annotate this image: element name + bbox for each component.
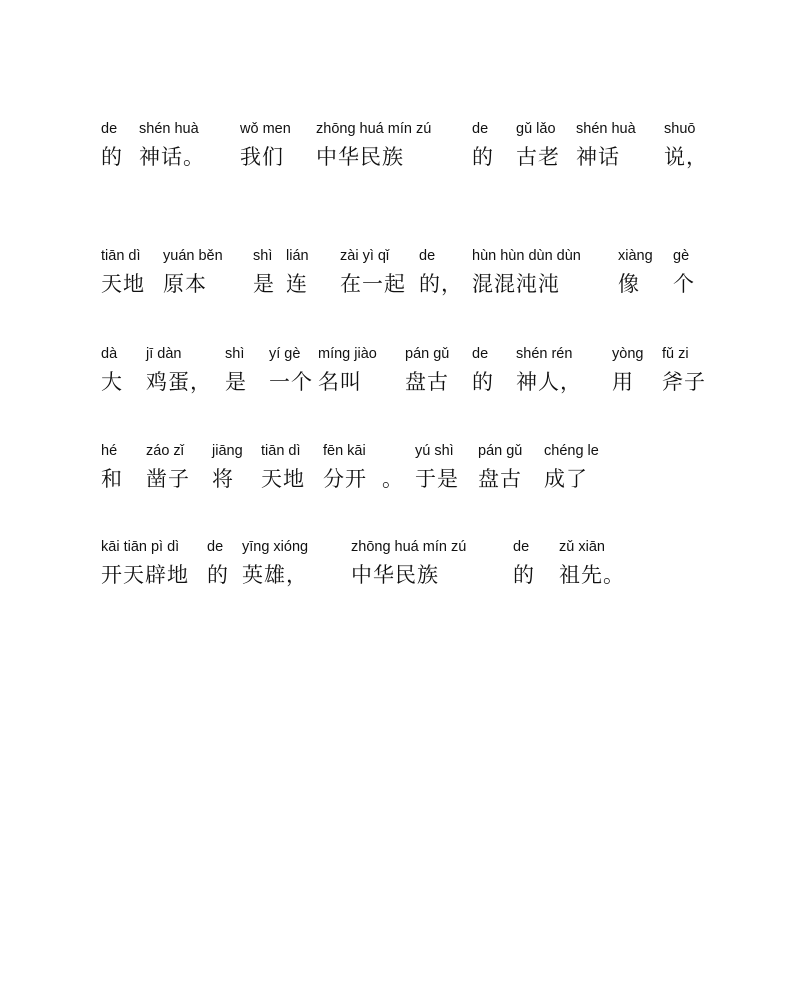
word: de 的， (419, 247, 463, 297)
pinyin: zǔ xiān (559, 538, 625, 556)
word: kāi tiān pì dì 开天辟地 (101, 538, 189, 588)
hanzi: 是 (225, 369, 247, 395)
pinyin: lián (286, 247, 309, 265)
word: záo zǐ 凿子 (146, 442, 190, 492)
hanzi: 中华民族 (316, 144, 431, 170)
word: zài yì qǐ 在一起 (340, 247, 406, 297)
pinyin: pán gǔ (478, 442, 522, 460)
word: shén rén 神人， (516, 345, 582, 395)
hanzi: 名叫 (318, 369, 377, 395)
word: jiāng 将 (212, 442, 243, 492)
pinyin: yú shì (415, 442, 459, 460)
word: zhōng huá mín zú 中华民族 (316, 120, 431, 170)
word: tiān dì 天地 (101, 247, 145, 297)
hanzi: 鸡蛋， (146, 369, 212, 395)
hanzi: 凿子 (146, 466, 190, 492)
word: wǒ men 我们 (240, 120, 291, 170)
pinyin: tiān dì (101, 247, 145, 265)
word: fēn kāi 分开 (323, 442, 367, 492)
hanzi: 的 (101, 144, 123, 170)
word: dà 大 (101, 345, 123, 395)
pinyin: fēn kāi (323, 442, 367, 460)
hanzi: 的 (472, 369, 494, 395)
hanzi: 说， (664, 144, 708, 170)
word: tiān dì 天地 (261, 442, 305, 492)
pinyin: shén rén (516, 345, 582, 363)
pinyin: kāi tiān pì dì (101, 538, 189, 556)
word: xiàng 像 (618, 247, 653, 297)
hanzi: 原本 (163, 271, 223, 297)
word: de 的 (101, 120, 123, 170)
pinyin: zhōng huá mín zú (351, 538, 466, 556)
pinyin: de (513, 538, 535, 556)
hanzi: 神话。 (139, 144, 205, 170)
hanzi: 祖先。 (559, 562, 625, 588)
pinyin (382, 442, 404, 460)
hanzi: 古老 (516, 144, 560, 170)
hanzi: 天地 (261, 466, 305, 492)
word: chéng le 成了 (544, 442, 599, 492)
pinyin: míng jiào (318, 345, 377, 363)
hanzi: 的 (472, 144, 494, 170)
pinyin: de (419, 247, 463, 265)
word: de 的 (207, 538, 229, 588)
pinyin: fǔ zi (662, 345, 706, 363)
pinyin: gè (673, 247, 695, 265)
word: 。 (382, 442, 404, 492)
word: de 的 (513, 538, 535, 588)
pinyin: shì (253, 247, 275, 265)
word: fǔ zi 斧子 (662, 345, 706, 395)
hanzi: 分开 (323, 466, 367, 492)
hanzi: 的 (513, 562, 535, 588)
hanzi: 连 (286, 271, 309, 297)
word: pán gǔ 盘古 (478, 442, 522, 492)
word: shén huà 神话。 (139, 120, 205, 170)
word: hé 和 (101, 442, 123, 492)
pinyin: de (472, 120, 494, 138)
word: de 的 (472, 345, 494, 395)
text-line-5: kāi tiān pì dì 开天辟地 de 的 yīng xióng 英雄， … (0, 538, 800, 598)
word: míng jiào 名叫 (318, 345, 377, 395)
hanzi: 神人， (516, 369, 582, 395)
document-page: de 的 shén huà 神话。 wǒ men 我们 zhōng huá mí… (0, 0, 800, 1000)
pinyin: yuán běn (163, 247, 223, 265)
pinyin: wǒ men (240, 120, 291, 138)
hanzi: 混混沌沌 (472, 271, 581, 297)
word: yòng 用 (612, 345, 643, 395)
word: shì 是 (225, 345, 247, 395)
hanzi: 成了 (544, 466, 599, 492)
pinyin: zài yì qǐ (340, 247, 406, 265)
hanzi: 盘古 (478, 466, 522, 492)
hanzi: 中华民族 (351, 562, 466, 588)
word: shì 是 (253, 247, 275, 297)
hanzi: 将 (212, 466, 243, 492)
pinyin: zhōng huá mín zú (316, 120, 431, 138)
hanzi: 盘古 (405, 369, 449, 395)
text-line-4: hé 和 záo zǐ 凿子 jiāng 将 tiān dì 天地 fēn kā… (0, 442, 800, 502)
hanzi: 个 (673, 271, 695, 297)
word: zǔ xiān 祖先。 (559, 538, 625, 588)
word: jī dàn 鸡蛋， (146, 345, 212, 395)
text-line-3: dà 大 jī dàn 鸡蛋， shì 是 yí gè 一个 míng jiào… (0, 345, 800, 405)
word: hùn hùn dùn dùn 混混沌沌 (472, 247, 581, 297)
pinyin: yòng (612, 345, 643, 363)
word: gè 个 (673, 247, 695, 297)
word: gǔ lǎo 古老 (516, 120, 560, 170)
pinyin: gǔ lǎo (516, 120, 560, 138)
word: yí gè 一个 (269, 345, 313, 395)
text-line-2: tiān dì 天地 yuán běn 原本 shì 是 lián 连 zài … (0, 247, 800, 307)
pinyin: de (207, 538, 229, 556)
pinyin: shén huà (576, 120, 636, 138)
hanzi: 。 (382, 466, 404, 492)
pinyin: de (101, 120, 123, 138)
word: yú shì 于是 (415, 442, 459, 492)
pinyin: de (472, 345, 494, 363)
hanzi: 我们 (240, 144, 291, 170)
word: pán gǔ 盘古 (405, 345, 449, 395)
text-line-1: de 的 shén huà 神话。 wǒ men 我们 zhōng huá mí… (0, 120, 800, 180)
word: zhōng huá mín zú 中华民族 (351, 538, 466, 588)
pinyin: hùn hùn dùn dùn (472, 247, 581, 265)
word: shén huà 神话 (576, 120, 636, 170)
pinyin: shì (225, 345, 247, 363)
hanzi: 用 (612, 369, 643, 395)
pinyin: dà (101, 345, 123, 363)
pinyin: hé (101, 442, 123, 460)
hanzi: 神话 (576, 144, 636, 170)
pinyin: yí gè (269, 345, 313, 363)
hanzi: 天地 (101, 271, 145, 297)
pinyin: pán gǔ (405, 345, 449, 363)
word: lián 连 (286, 247, 309, 297)
pinyin: chéng le (544, 442, 599, 460)
word: de 的 (472, 120, 494, 170)
word: yuán běn 原本 (163, 247, 223, 297)
pinyin: yīng xióng (242, 538, 308, 556)
hanzi: 在一起 (340, 271, 406, 297)
hanzi: 一个 (269, 369, 313, 395)
pinyin: shén huà (139, 120, 205, 138)
hanzi: 是 (253, 271, 275, 297)
hanzi: 的 (207, 562, 229, 588)
hanzi: 大 (101, 369, 123, 395)
pinyin: xiàng (618, 247, 653, 265)
word: yīng xióng 英雄， (242, 538, 308, 588)
hanzi: 的， (419, 271, 463, 297)
hanzi: 于是 (415, 466, 459, 492)
pinyin: jī dàn (146, 345, 212, 363)
pinyin: shuō (664, 120, 708, 138)
hanzi: 英雄， (242, 562, 308, 588)
pinyin: záo zǐ (146, 442, 190, 460)
hanzi: 像 (618, 271, 653, 297)
pinyin: jiāng (212, 442, 243, 460)
word: shuō 说， (664, 120, 708, 170)
pinyin: tiān dì (261, 442, 305, 460)
hanzi: 和 (101, 466, 123, 492)
hanzi: 斧子 (662, 369, 706, 395)
hanzi: 开天辟地 (101, 562, 189, 588)
